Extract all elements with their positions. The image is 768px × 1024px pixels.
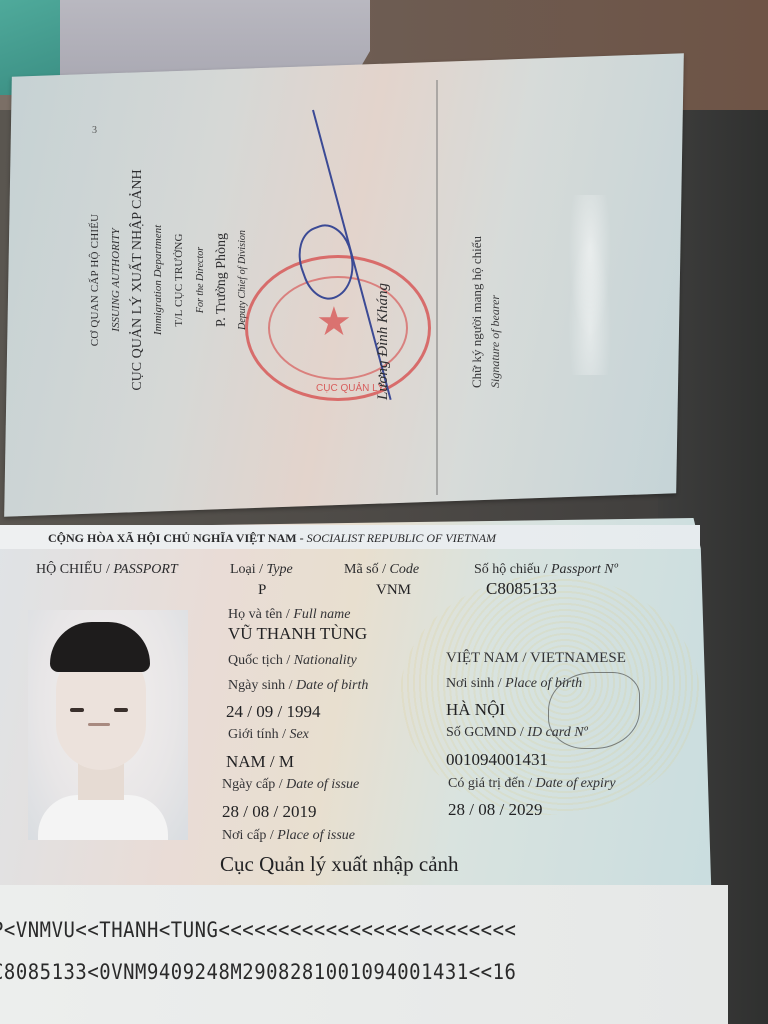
sex-value: NAM / M bbox=[226, 752, 294, 772]
sex-label-en: Sex bbox=[289, 727, 308, 742]
bearer-signature-label: Chữ ký người mang hộ chiếu Signature of … bbox=[468, 236, 504, 388]
holder-photo bbox=[28, 610, 188, 840]
nationality-label: Quốc tịch / Nationality bbox=[228, 653, 357, 669]
department-vn: CỤC QUẢN LÝ XUẤT NHẬP CẢNH bbox=[127, 120, 148, 440]
page-fold-line bbox=[436, 80, 438, 495]
full-name-label-vn: Họ và tên / bbox=[228, 607, 290, 622]
expiry-label-en: Date of expiry bbox=[536, 776, 616, 791]
issuing-authority-en: ISSUING AUTHORITY bbox=[106, 120, 127, 440]
issue-label-en: Date of issue bbox=[286, 777, 359, 792]
nationality-value: VIỆT NAM / VIETNAMESE bbox=[446, 650, 626, 667]
star-icon: ★ bbox=[316, 298, 352, 345]
code-label: Mã số / Code bbox=[344, 562, 419, 578]
country-en: SOCIALIST REPUBLIC OF VIETNAM bbox=[307, 531, 496, 545]
dob-label-vn: Ngày sinh / bbox=[228, 678, 293, 693]
department-en: Immigration Department bbox=[148, 120, 169, 440]
id-card-label: Số GCMND / ID card Nº bbox=[446, 725, 588, 741]
bearer-signature-en: Signature of bearer bbox=[486, 236, 504, 388]
issue-date-label: Ngày cấp / Date of issue bbox=[222, 777, 359, 793]
pob-label: Nơi sinh / Place of birth bbox=[446, 676, 582, 692]
type-value: P bbox=[258, 582, 266, 599]
photo-mouth bbox=[88, 723, 110, 726]
country-vn: CỘNG HÒA XÃ HỘI CHỦ NGHĨA VIỆT NAM - bbox=[48, 531, 304, 545]
country-header: CỘNG HÒA XÃ HỘI CHỦ NGHĨA VIỆT NAM - SOC… bbox=[48, 531, 496, 546]
dob-label: Ngày sinh / Date of birth bbox=[228, 678, 368, 694]
issuing-authority-vn: CƠ QUAN CẤP HỘ CHIẾU bbox=[85, 120, 106, 440]
place-issue-label-en: Place of issue bbox=[277, 828, 355, 843]
id-card-value: 001094001431 bbox=[446, 750, 548, 770]
pob-label-vn: Nơi sinh / bbox=[446, 676, 502, 691]
photo-eye-right bbox=[114, 708, 128, 712]
full-name-value: VŨ THANH TÙNG bbox=[228, 624, 367, 644]
flower-watermark-icon bbox=[560, 195, 620, 375]
passport-no-label-en: Passport Nº bbox=[551, 562, 618, 577]
passport-no-label: Số hộ chiếu / Passport Nº bbox=[474, 562, 618, 578]
bearer-signature-vn: Chữ ký người mang hộ chiếu bbox=[468, 236, 486, 388]
id-label-vn: Số GCMND / bbox=[446, 725, 524, 740]
nationality-label-vn: Quốc tịch / bbox=[228, 653, 290, 668]
for-director-vn: T/L CỤC TRƯỞNG bbox=[169, 120, 190, 440]
code-label-en: Code bbox=[390, 562, 420, 577]
signer-name: Lương Đình Kháng bbox=[375, 283, 392, 400]
machine-readable-zone bbox=[0, 885, 728, 1024]
place-of-issue-value: Cục Quản lý xuất nhập cảnh bbox=[220, 852, 459, 877]
issue-label-vn: Ngày cấp / bbox=[222, 777, 283, 792]
for-director-en: For the Director bbox=[190, 120, 211, 440]
deputy-vn: P. Trưởng Phòng bbox=[211, 120, 232, 440]
sex-label-vn: Giới tính / bbox=[228, 727, 286, 742]
full-name-label: Họ và tên / Full name bbox=[228, 607, 350, 623]
passport-no-label-vn: Số hộ chiếu / bbox=[474, 562, 548, 577]
dob-value: 24 / 09 / 1994 bbox=[226, 702, 320, 722]
nationality-label-en: Nationality bbox=[294, 653, 357, 668]
id-label-en: ID card Nº bbox=[527, 725, 588, 740]
mrz-line-2: C8085133<0VNM9409248M2908281001094001431… bbox=[0, 960, 516, 984]
full-name-label-en: Full name bbox=[293, 607, 350, 622]
place-of-issue-label: Nơi cấp / Place of issue bbox=[222, 828, 355, 844]
pob-value: HÀ NỘI bbox=[446, 700, 505, 720]
doc-label-en: PASSPORT bbox=[113, 562, 177, 577]
sex-label: Giới tính / Sex bbox=[228, 727, 309, 743]
passport-no-value: C8085133 bbox=[486, 579, 557, 599]
photo-shirt bbox=[38, 795, 168, 840]
code-value: VNM bbox=[376, 582, 411, 599]
type-label: Loại / Type bbox=[230, 562, 293, 578]
pob-label-en: Place of birth bbox=[505, 676, 582, 691]
photo-eye-left bbox=[70, 708, 84, 712]
expiry-date-value: 28 / 08 / 2029 bbox=[448, 800, 542, 820]
doc-label-vn: HỘ CHIẾU / bbox=[36, 562, 110, 577]
type-label-en: Type bbox=[267, 562, 293, 577]
document-label: HỘ CHIẾU / PASSPORT bbox=[36, 562, 178, 578]
deputy-en: Deputy Chief of Division bbox=[232, 120, 253, 440]
code-label-vn: Mã số / bbox=[344, 562, 386, 577]
photo-hair bbox=[50, 622, 150, 672]
expiry-label-vn: Có giá trị đến / bbox=[448, 776, 532, 791]
mrz-line-1: P<VNMVU<<THANH<TUNG<<<<<<<<<<<<<<<<<<<<<… bbox=[0, 918, 516, 942]
dob-label-en: Date of birth bbox=[296, 678, 368, 693]
place-issue-label-vn: Nơi cấp / bbox=[222, 828, 274, 843]
issue-date-value: 28 / 08 / 2019 bbox=[222, 802, 316, 822]
expiry-date-label: Có giá trị đến / Date of expiry bbox=[448, 776, 616, 792]
type-label-vn: Loại / bbox=[230, 562, 263, 577]
